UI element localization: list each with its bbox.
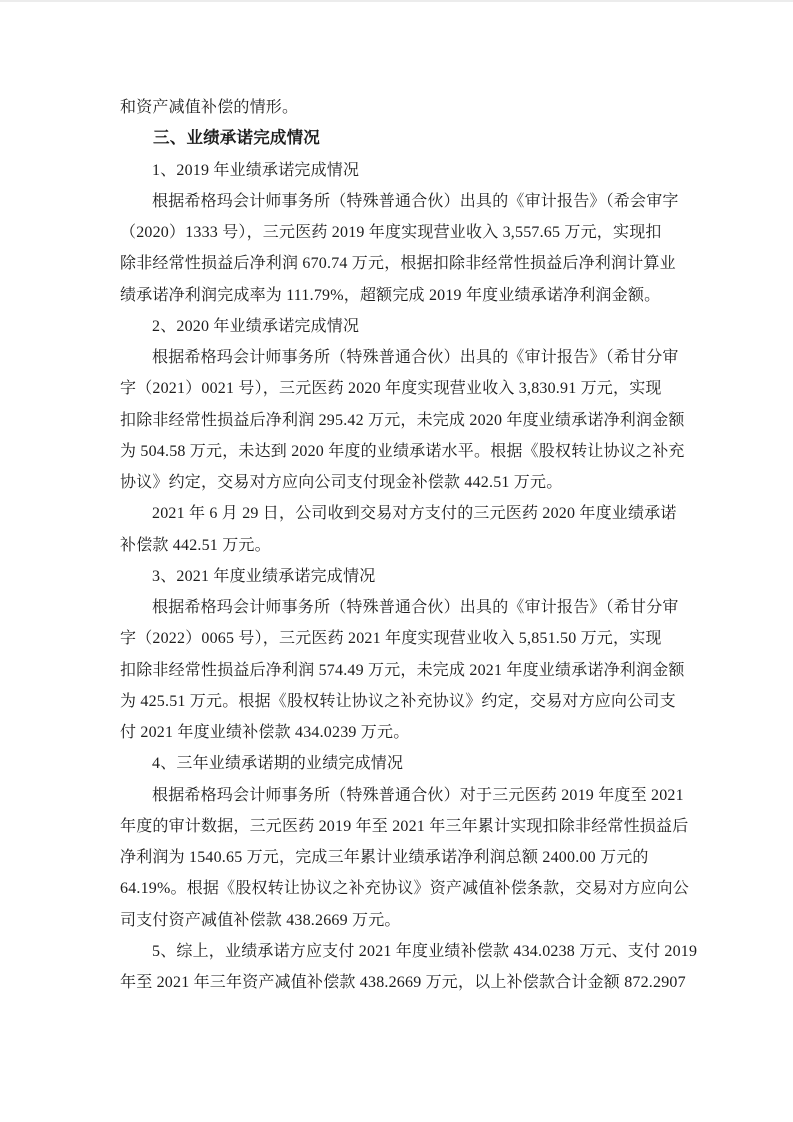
- paragraph-line: 扣除非经常性损益后净利润 574.49 万元，未完成 2021 年度业绩承诺净利…: [120, 655, 674, 686]
- paragraph-line: 年至 2021 年三年资产减值补偿款 438.2669 万元，以上补偿款合计金额…: [120, 967, 674, 998]
- subsection-heading: 2、2020 年业绩承诺完成情况: [120, 311, 674, 342]
- paragraph-line: 为 504.58 万元，未达到 2020 年度的业绩承诺水平。根据《股权转让协议…: [120, 436, 674, 467]
- paragraph-line: 字（2021）0021 号），三元医药 2020 年度实现营业收入 3,830.…: [120, 373, 674, 404]
- paragraph-line: 和资产减值补偿的情形。: [120, 92, 674, 123]
- subsection-heading: 3、2021 年度业绩承诺完成情况: [120, 561, 674, 592]
- paragraph-line: 字（2022）0065 号），三元医药 2021 年度实现营业收入 5,851.…: [120, 623, 674, 654]
- paragraph-line: 根据希格玛会计师事务所（特殊普通合伙）出具的《审计报告》（希甘分审: [120, 592, 674, 623]
- paragraph-line: 补偿款 442.51 万元。: [120, 530, 674, 561]
- paragraph-line: 2021 年 6 月 29 日，公司收到交易对方支付的三元医药 2020 年度业…: [120, 498, 674, 529]
- paragraph-line: （2020）1333 号），三元医药 2019 年度实现营业收入 3,557.6…: [120, 217, 674, 248]
- paragraph-line: 5、综上，业绩承诺方应支付 2021 年度业绩补偿款 434.0238 万元、支…: [120, 936, 674, 967]
- subsection-heading: 1、2019 年业绩承诺完成情况: [120, 155, 674, 186]
- paragraph-line: 64.19%。根据《股权转让协议之补充协议》资产减值补偿条款，交易对方应向公: [120, 873, 674, 904]
- document-page: 和资产减值补偿的情形。三、业绩承诺完成情况1、2019 年业绩承诺完成情况根据希…: [0, 0, 793, 1122]
- paragraph-line: 根据希格玛会计师事务所（特殊普通合伙）出具的《审计报告》（希甘分审: [120, 342, 674, 373]
- document-text-block: 和资产减值补偿的情形。三、业绩承诺完成情况1、2019 年业绩承诺完成情况根据希…: [120, 92, 674, 998]
- section-heading: 三、业绩承诺完成情况: [120, 123, 674, 154]
- paragraph-line: 协议》约定，交易对方应向公司支付现金补偿款 442.51 万元。: [120, 467, 674, 498]
- paragraph-line: 根据希格玛会计师事务所（特殊普通合伙）出具的《审计报告》（希会审字: [120, 186, 674, 217]
- paragraph-line: 绩承诺净利润完成率为 111.79%，超额完成 2019 年度业绩承诺净利润金额…: [120, 280, 674, 311]
- paragraph-line: 净利润为 1540.65 万元，完成三年累计业绩承诺净利润总额 2400.00 …: [120, 842, 674, 873]
- paragraph-line: 为 425.51 万元。根据《股权转让协议之补充协议》约定，交易对方应向公司支: [120, 686, 674, 717]
- paragraph-line: 除非经常性损益后净利润 670.74 万元，根据扣除非经常性损益后净利润计算业: [120, 248, 674, 279]
- paragraph-line: 司支付资产减值补偿款 438.2669 万元。: [120, 905, 674, 936]
- paragraph-line: 扣除非经常性损益后净利润 295.42 万元，未完成 2020 年度业绩承诺净利…: [120, 405, 674, 436]
- paragraph-line: 年度的审计数据，三元医药 2019 年至 2021 年三年累计实现扣除非经常性损…: [120, 811, 674, 842]
- paragraph-line: 付 2021 年度业绩补偿款 434.0239 万元。: [120, 717, 674, 748]
- subsection-heading: 4、三年业绩承诺期的业绩完成情况: [120, 748, 674, 779]
- paragraph-line: 根据希格玛会计师事务所（特殊普通合伙）对于三元医药 2019 年度至 2021: [120, 780, 674, 811]
